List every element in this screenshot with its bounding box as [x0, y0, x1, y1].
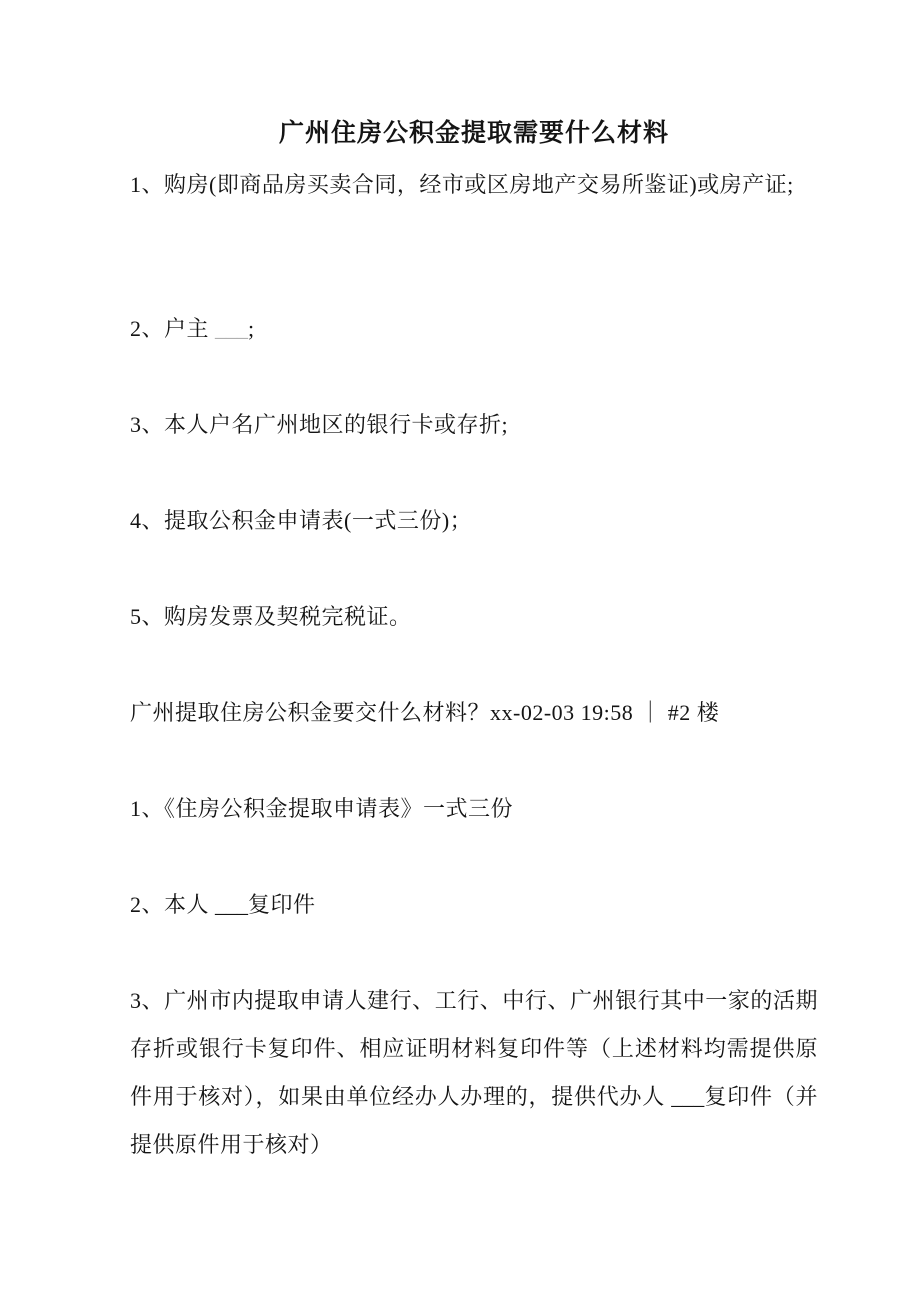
- list1-item-3: 3、本人户名广州地区的银行卡或存折;: [130, 401, 818, 449]
- forum-floor-badge: #2 楼: [668, 700, 720, 725]
- list2-item-1: 1、《住房公积金提取申请表》一式三份: [130, 785, 818, 833]
- blank-field: ___: [671, 1084, 704, 1109]
- blank-field: ___: [215, 892, 248, 917]
- list2-item-2: 2、本人 ___复印件: [130, 881, 818, 929]
- list2-item-2-text: 2、本人: [130, 892, 215, 917]
- list1-item-2-text: 2、户主: [130, 316, 215, 341]
- forum-separator: ｜: [633, 700, 668, 725]
- list2-item-3: 3、广州市内提取申请人建行、工行、中行、广州银行其中一家的活期存折或银行卡复印件…: [130, 977, 818, 1169]
- list1-item-4: 4、提取公积金申请表(一式三份)；: [130, 497, 818, 545]
- document-page: 广州住房公积金提取需要什么材料 1、购房(即商品房买卖合同，经市或区房地产交易所…: [0, 0, 920, 1302]
- forum-timestamp: xx-02-03 19:58: [490, 700, 633, 725]
- forum-header-line: 广州提取住房公积金要交什么材料？xx-02-03 19:58 ｜ #2 楼: [130, 689, 818, 737]
- blank-field: ___: [215, 316, 248, 341]
- list1-item-2-suffix: ;: [248, 316, 255, 341]
- list1-item-1: 1、购房(即商品房买卖合同，经市或区房地产交易所鉴证)或房产证;: [130, 161, 818, 209]
- page-title: 广州住房公积金提取需要什么材料: [130, 117, 818, 151]
- forum-question: 广州提取住房公积金要交什么材料？: [130, 700, 490, 725]
- list1-item-2: 2、户主 ___;: [130, 305, 818, 353]
- list1-item-5: 5、购房发票及契税完税证。: [130, 593, 818, 641]
- list2-item-2-suffix: 复印件: [248, 892, 316, 917]
